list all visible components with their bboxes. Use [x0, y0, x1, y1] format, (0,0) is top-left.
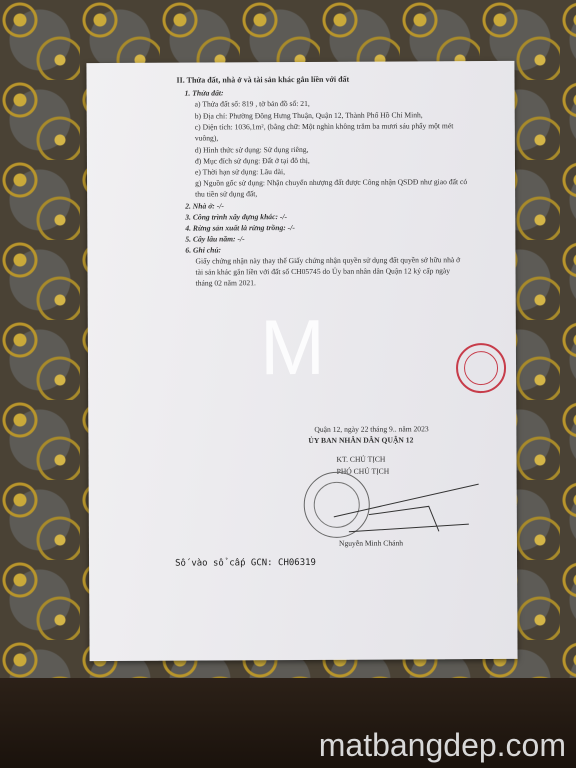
item-other-construction: 3. Công trình xây dựng khác: -/-	[185, 211, 287, 223]
certificate-page: II. Thửa đất, nhà ở và tài sản khác gắn …	[86, 61, 517, 661]
land-usage-term: e) Thời hạn sử dụng: Lâu dài,	[195, 166, 285, 177]
item-house: 2. Nhà ở: -/-	[185, 200, 224, 211]
site-watermark: matbangdep.com	[319, 727, 566, 764]
land-area-cont: vuông),	[195, 132, 218, 143]
signer-name: Nguyễn Minh Chánh	[339, 537, 403, 548]
item-perennial: 5. Cây lâu năm: -/-	[185, 233, 244, 244]
watermark-letter: M	[260, 342, 325, 353]
land-origin: g) Nguồn gốc sử dụng: Nhận chuyển nhượng…	[195, 176, 467, 188]
registry-number: Số vào sổ cấp GCN: CH06319	[175, 558, 316, 570]
signature-authority: ỦY BAN NHÂN DÂN QUẬN 12	[308, 434, 413, 446]
item-land-heading: 1. Thửa đất:	[185, 87, 224, 98]
land-parcel: a) Thửa đất số: 819 , tờ bản đồ số: 21,	[195, 98, 310, 110]
land-usage-form: d) Hình thức sử dụng: Sử dụng riêng,	[195, 144, 309, 156]
item-forest: 4. Rừng sản xuất là rừng trồng: -/-	[185, 222, 295, 234]
note-line-3: tháng 02 năm 2021.	[196, 277, 256, 288]
land-area: c) Diện tích: 1036,1m², (bằng chữ: Một n…	[195, 120, 454, 132]
section-heading: II. Thửa đất, nhà ở và tài sản khác gắn …	[176, 74, 349, 86]
signature-date: Quận 12, ngày 22 tháng 9.. năm 2023	[314, 423, 428, 435]
signature-scribble	[329, 476, 489, 537]
item-note: 6. Ghi chú:	[185, 244, 221, 255]
signature-role-1: KT. CHỦ TỊCH	[336, 454, 385, 465]
land-origin-cont: thu tiền sử dụng đất,	[195, 188, 257, 199]
note-line-2: tài sản khác gắn liền với đất số CH05745…	[196, 265, 451, 277]
red-seal-stamp	[456, 343, 506, 393]
land-usage-purpose: đ) Mục đích sử dụng: Đất ở tại đô thị,	[195, 155, 310, 167]
